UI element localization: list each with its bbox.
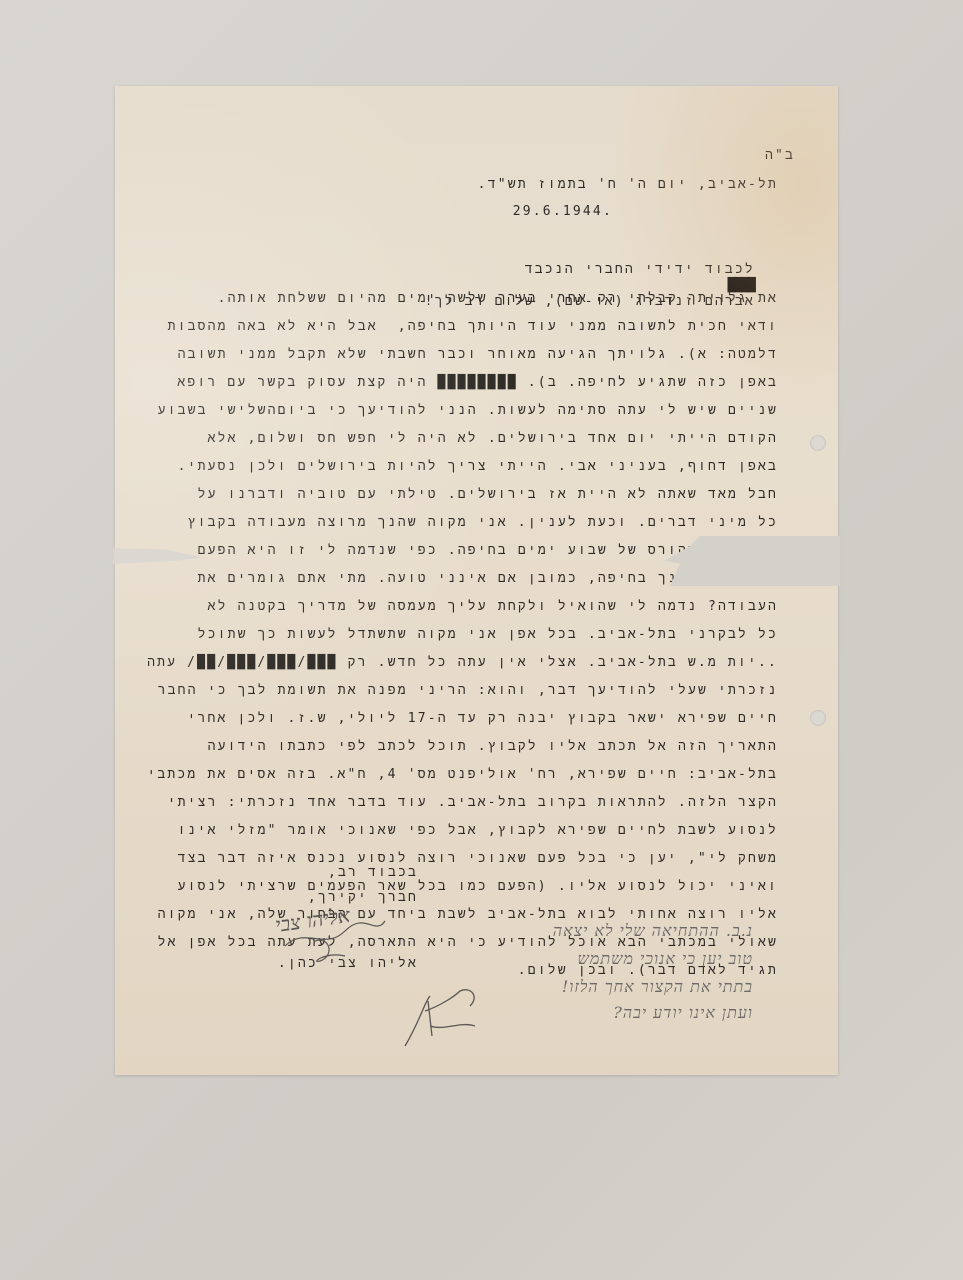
initials-scribble-icon (400, 981, 490, 1051)
date-gregorian: .29.6.1944 (513, 204, 613, 220)
note-line-2: טוב יען כי אנוכי משתמש (578, 949, 753, 969)
body-line-13: כל לבקרני בתל-אביב. בכל אפן אני מקוה שתש… (198, 627, 778, 643)
punch-hole-bottom (810, 710, 826, 726)
body-line-15: נזכרתי שעלי להודיעך דבר, והוא: הריני מפנ… (158, 683, 778, 699)
body-line-2: ודאי חכית לתשובה ממני עוד היותך בחיפה, א… (168, 319, 778, 335)
body-line-12: העבודה? נדמה לי שהואיל ולקחת עליך מעמסה … (208, 599, 778, 615)
body-line-19: הקצר הלזה. להתראות בקרוב בתל-אביב. עוד ב… (168, 795, 778, 811)
body-line-16: חיים שפירא ישאר בקבוץ יבנה רק עד ה-17 לי… (187, 711, 778, 727)
body-line-6: הקודם הייתי יום אחד בירושלים. לא היה לי … (208, 431, 778, 447)
body-line-9: כל מיני דברים. וכעת לענין. אני מקוה שהנך… (188, 515, 778, 531)
note-line-3: בתתי את הקצור אחך הלזו! (562, 977, 753, 997)
closing: בכבוד רב, (328, 865, 418, 881)
body-line-14: ..יות מ.ש בתל-אביב. אצלי אין עתה כל חדש.… (147, 655, 778, 671)
body-line-8: חבל מאד שאתה לא היית אז בירושלים. טילתי … (198, 487, 778, 503)
body-line-20: לנסוע לשבת לחיים שפירא לקבוץ, אבל כפי שא… (178, 823, 778, 839)
body-line-21: משחק לי", יען כי בכל פעם שאנוכי רוצה לנס… (178, 851, 778, 867)
salutation-prefix: לכבוד ידידי החברי הנכבד (525, 262, 755, 277)
body-line-18: בתל-אביב: חיים שפירא, רח' אוליפנט מס' 4,… (147, 767, 778, 783)
salutation: לכבוד ידידי החברי הנכבד ████ אברהם זנדבר… (425, 246, 795, 326)
note-line-1: נ.ב. ההתחיאה שלי לא יצאה (553, 921, 753, 941)
closing-2: חברך יקירך, (308, 890, 418, 906)
note-line-4: ועתן אינו יודע יבה? (613, 1003, 753, 1023)
punch-hole-top (810, 435, 826, 451)
body-line-5: שניים שיש לי עתה סתימה לעשות. הנני להודי… (158, 403, 778, 419)
body-line-17: התאריך הזה אל תכתב אליו לקבוץ. תוכל לכתב… (208, 739, 778, 755)
header-mark: ב"ה (765, 148, 795, 164)
body-line-4: באפן כזה שתגיע לחיפה. ב). ████████ היה ק… (177, 375, 778, 391)
typed-name: אליהו צבי כהן. (278, 956, 418, 972)
body-line-7: באפן דחוף, בעניני אבי. הייתי צריך להיות … (178, 459, 778, 475)
torn-edge-left (113, 548, 203, 564)
body-line-3: דלמטה: א). גלויתך הגיעה מאוחר וכבר חשבתי… (178, 347, 778, 363)
letter-paper: ב"ה תל-אביב, יום ה' ח' בתמוז תש"ד. .29.6… (115, 86, 838, 1075)
body-line-1: את גלויתך קבלתי רק אחרי בערך שלשה ימים מ… (218, 291, 778, 307)
place-date-hebrew: תל-אביב, יום ה' ח' בתמוז תש"ד. (478, 177, 778, 193)
body-line-22: ואיני יכול לנסוע אליו. (הפעם כמו בכל שאר… (178, 879, 778, 895)
